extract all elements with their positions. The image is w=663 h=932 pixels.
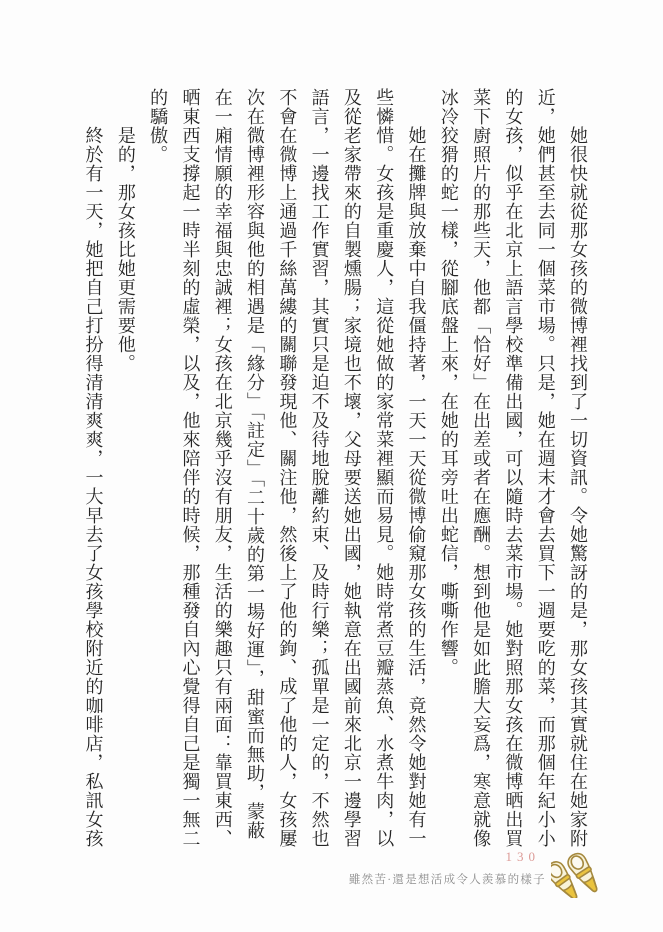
- paragraph: 她在攤牌與放棄中自我僵持著，一天一天從微博偷窺那女孩的生活，竟然令她對她有一些憐…: [142, 88, 433, 850]
- ballet-flats-icon: [551, 846, 603, 898]
- paragraph: 是的，那女孩比她更需要他。: [110, 88, 142, 850]
- book-page: 她很快就從那女孩的微博裡找到了一切資訊。令她驚訝的是，那女孩其實就住在她家附近，…: [0, 0, 663, 932]
- page-number: 130: [0, 849, 540, 865]
- vertical-body-text: 她很快就從那女孩的微博裡找到了一切資訊。令她驚訝的是，那女孩其實就住在她家附近，…: [77, 88, 594, 850]
- running-title: 雖然苦·還是想活成令人羨慕的樣子: [0, 871, 546, 887]
- paragraph: 終於有一天，她把自己打扮得清清爽爽，一大早去了女孩學校附近的咖啡店，私訊女孩: [77, 88, 109, 850]
- paragraph: 她很快就從那女孩的微博裡找到了一切資訊。令她驚訝的是，那女孩其實就住在她家附近，…: [433, 88, 594, 850]
